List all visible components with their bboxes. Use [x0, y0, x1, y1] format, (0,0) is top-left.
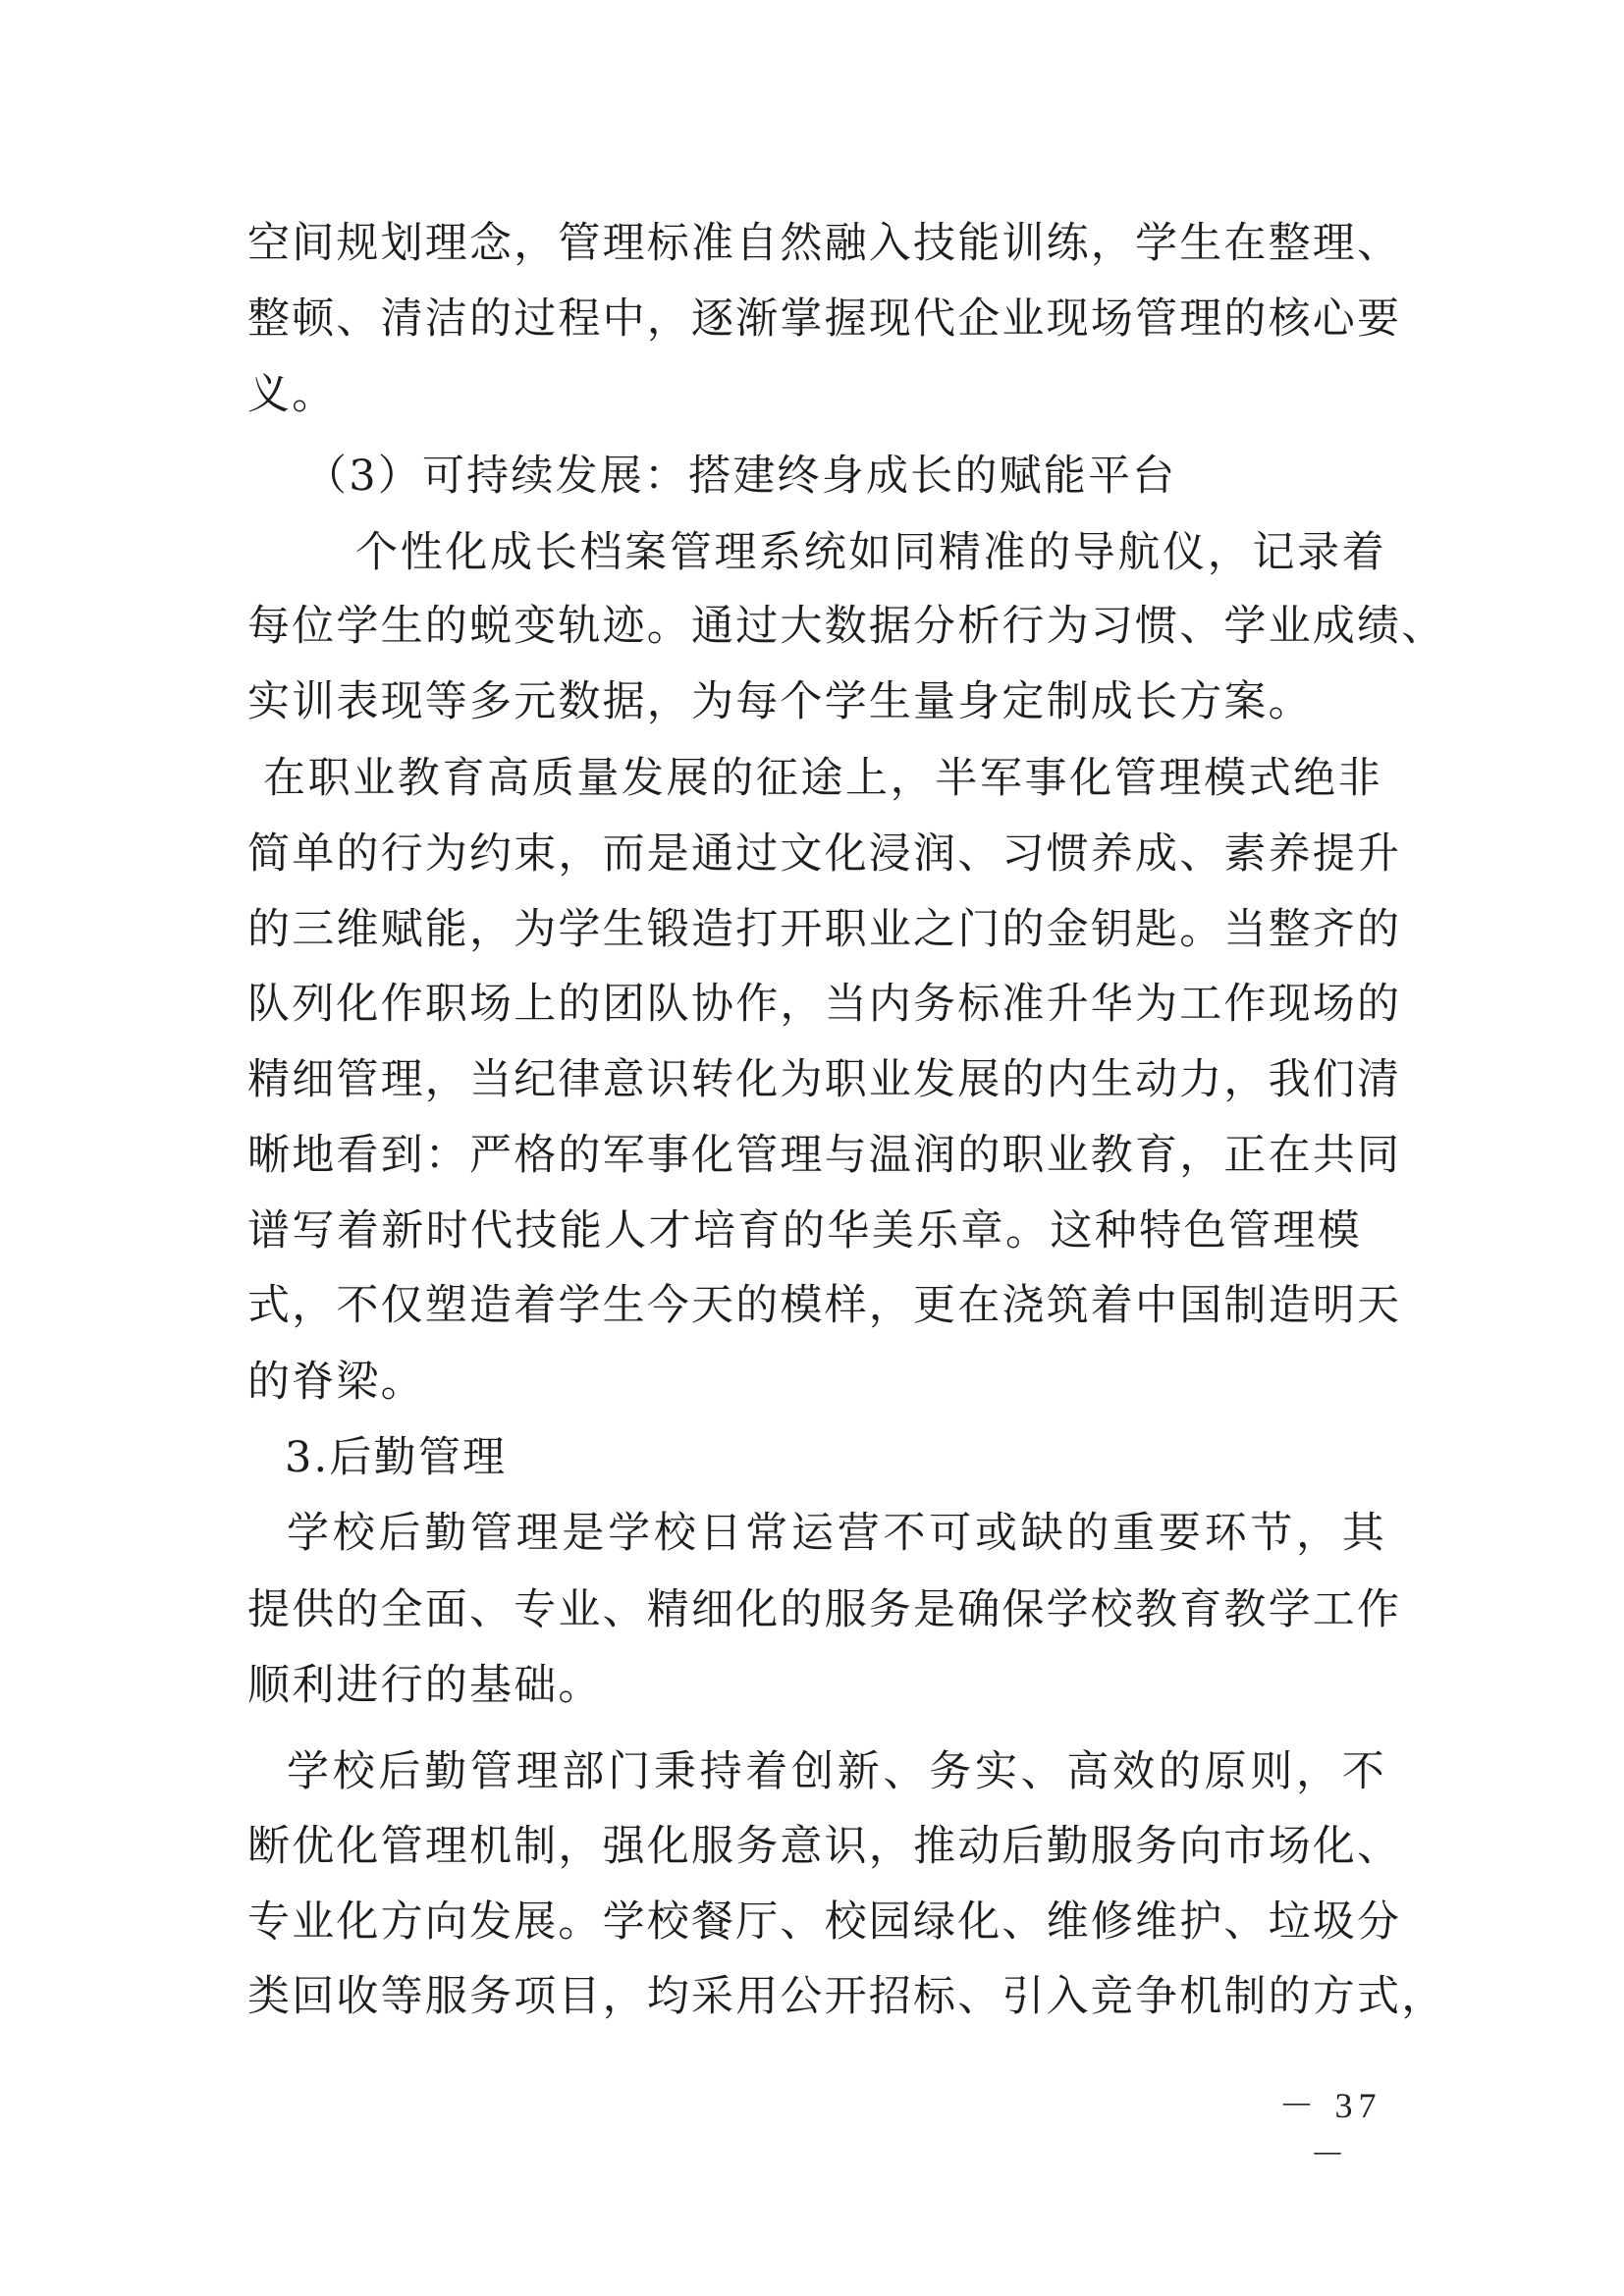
text-line: 精细管理，当纪律意识转化为职业发展的内生动力，我们清	[247, 1050, 1386, 1109]
text-line: 义。	[247, 365, 1386, 424]
section-heading: （3）可持续发展：搭建终身成长的赋能平台	[304, 447, 1443, 506]
section-heading: 3.后勤管理	[285, 1428, 1424, 1487]
text-line: 在职业教育高质量发展的征途上，半军事化管理模式绝非	[263, 749, 1382, 808]
text-line: 式，不仅塑造着学生今天的模样，更在浇筑着中国制造明天	[247, 1276, 1386, 1335]
text-line: 学校后勤管理是学校日常运营不可或缺的重要环节，其	[287, 1504, 1386, 1563]
text-line: 队列化作职场上的团队协作，当内务标准升华为工作现场的	[247, 975, 1386, 1034]
text-line: 专业化方向发展。学校餐厅、校园绿化、维修维护、垃圾分	[247, 1893, 1386, 1951]
text-line: 提供的全面、专业、精细化的服务是确保学校教育教学工作	[247, 1580, 1386, 1639]
text-line: 类回收等服务项目，均采用公开招标、引入竞争机制的方式，	[247, 1967, 1386, 2026]
text-line: 晰地看到：严格的军事化管理与温润的职业教育，正在共同	[247, 1126, 1386, 1185]
text-line: 谱写着新时代技能人才培育的华美乐章。这种特色管理模	[247, 1201, 1362, 1260]
text-line: 学校后勤管理部门秉持着创新、务实、高效的原则，不	[287, 1742, 1386, 1801]
text-line: 简单的行为约束，而是通过文化浸润、习惯养成、素养提升	[247, 825, 1386, 883]
text-line: 顺利进行的基础。	[247, 1656, 1386, 1715]
text-line: 每位学生的蜕变轨迹。通过大数据分析行为习惯、学业成绩、	[247, 597, 1386, 656]
document-page: 空间规划理念，管理标准自然融入技能训练，学生在整理、 整顿、清洁的过程中，逐渐掌…	[0, 0, 1624, 2296]
text-line: 空间规划理念，管理标准自然融入技能训练，学生在整理、	[247, 214, 1386, 273]
text-line: 个性化成长档案管理系统如同精准的导航仪，记录着	[355, 523, 1386, 582]
text-line: 整顿、清洁的过程中，逐渐掌握现代企业现场管理的核心要	[247, 290, 1386, 348]
text-line: 断优化管理机制，强化服务意识，推动后勤服务向市场化、	[247, 1817, 1377, 1876]
text-line: 的三维赋能，为学生锻造打开职业之门的金钥匙。当整齐的	[247, 900, 1386, 959]
text-line: 实训表现等多元数据，为每个学生量身定制成长方案。	[247, 672, 1386, 731]
text-line: 的脊梁。	[247, 1353, 1386, 1412]
page-number: － 37 －	[1257, 2081, 1404, 2130]
